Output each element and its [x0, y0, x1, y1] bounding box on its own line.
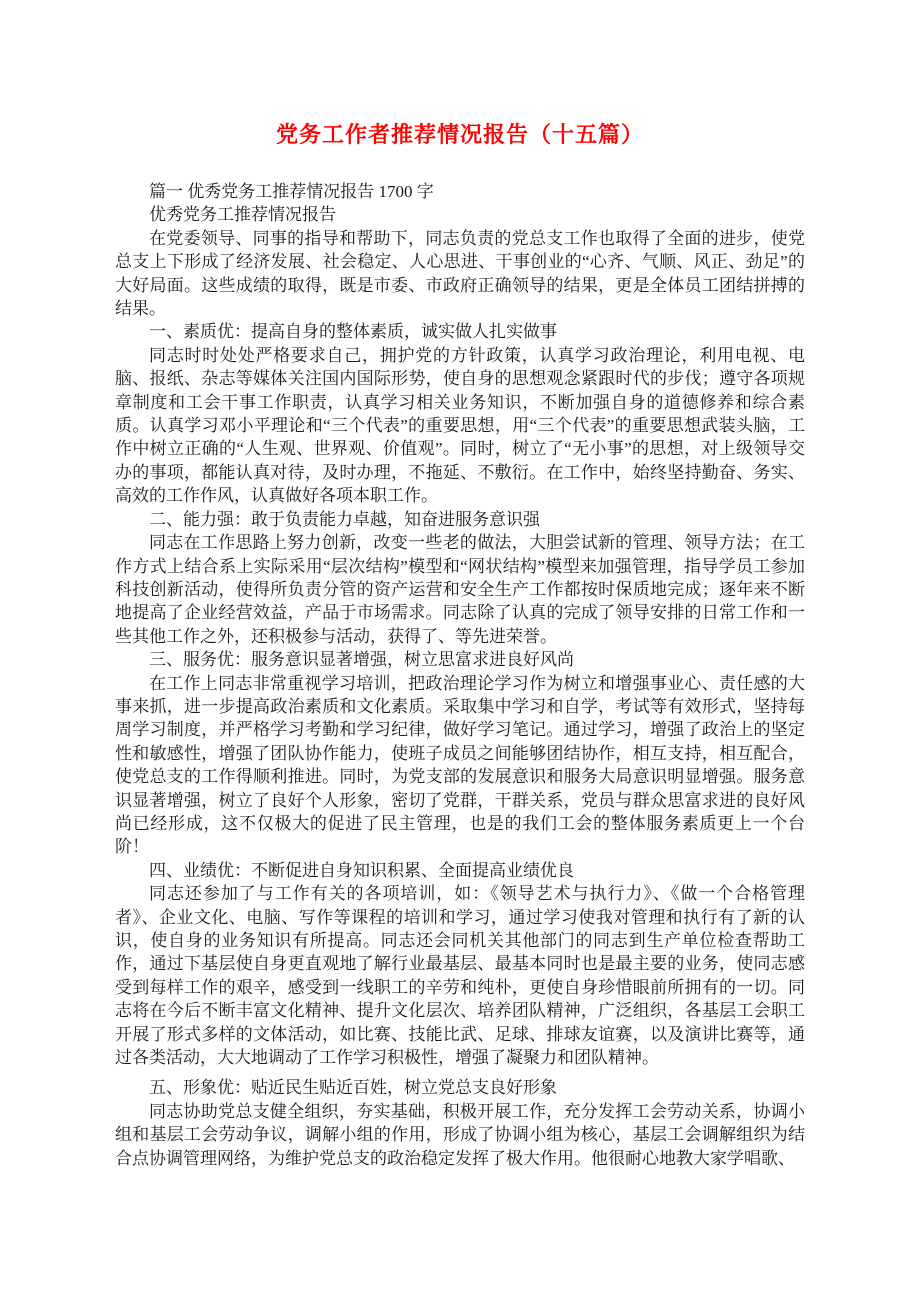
paragraph: 同志还参加了与工作有关的各项培训，如：《领导艺术与执行力》、《做一个合格管理者》…	[115, 882, 805, 1069]
section-heading: 四、业绩优：不断促进自身知识积累、全面提高业绩优良	[115, 859, 805, 882]
section-heading: 三、服务优：服务意识显著增强，树立思富求进良好风尚	[115, 648, 805, 671]
paragraph: 同志协助党总支健全组织，夯实基础，积极开展工作，充分发挥工会劳动关系，协调小组和…	[115, 1100, 805, 1170]
document-page: 党务工作者推荐情况报告（十五篇） 篇一 优秀党务工推荐情况报告 1700 字 优…	[0, 0, 920, 1302]
paragraph: 在党委领导、同事的指导和帮助下，同志负责的党总支工作也取得了全面的进步，使党总支…	[115, 227, 805, 321]
paragraph: 同志时时处处严格要求自己，拥护党的方针政策，认真学习政治理论，利用电视、电脑、报…	[115, 344, 805, 508]
section-heading: 二、能力强：敢于负责能力卓越，知奋进服务意识强	[115, 508, 805, 531]
paragraph: 在工作上同志非常重视学习培训，把政治理论学习作为树立和增强事业心、责任感的大事来…	[115, 672, 805, 859]
document-title: 党务工作者推荐情况报告（十五篇）	[115, 118, 805, 152]
meta-line: 篇一 优秀党务工推荐情况报告 1700 字	[115, 180, 805, 203]
section-heading: 一、素质优：提高自身的整体素质，诚实做人扎实做事	[115, 320, 805, 343]
section-heading: 五、形象优：贴近民生贴近百姓，树立党总支良好形象	[115, 1076, 805, 1099]
subtitle-line: 优秀党务工推荐情况报告	[115, 203, 805, 226]
paragraph: 同志在工作思路上努力创新，改变一些老的做法，大胆尝试新的管理、领导方法；在工作方…	[115, 531, 805, 648]
